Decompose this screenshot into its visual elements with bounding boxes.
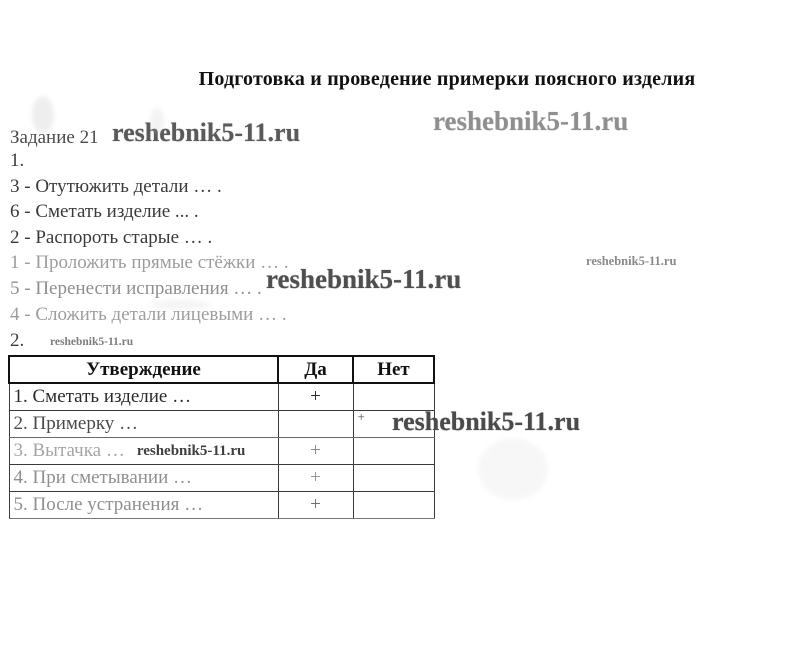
watermark: reshebnik5-11.ru [50, 336, 133, 348]
table-row: 1. Сметать изделие … + [9, 383, 434, 411]
table-row: 3. Вытачка …reshebnik5-11.ru + [9, 438, 434, 465]
statement-cell: 3. Вытачка …reshebnik5-11.ru [9, 438, 278, 465]
page-title: Подготовка и проведение примерки поясног… [90, 68, 804, 91]
column-header-net: Нет [353, 356, 434, 383]
da-cell: + [278, 492, 353, 519]
table-row: 2. Примерку … + [9, 411, 434, 438]
task-item: 2 - Распороть старые … . [10, 227, 212, 249]
column-header-statement: Утверждение [9, 356, 278, 383]
scan-artifact [150, 108, 164, 134]
watermark: reshebnik5-11.ru [586, 254, 676, 269]
task-item: 4 - Сложить детали лицевыми … . [10, 304, 287, 326]
table-row: 5. После устранения … + [9, 492, 434, 519]
column-header-da: Да [278, 356, 353, 383]
da-cell: + [278, 465, 353, 492]
statement-cell: 2. Примерку … [9, 411, 278, 438]
task-item: 1 - Проложить прямые стёжки … . [10, 252, 289, 274]
task-part1-label: 1. [10, 150, 24, 172]
da-cell [278, 411, 353, 438]
task-item: 5 - Перенести исправления … . [10, 278, 262, 300]
table-header-row: Утверждение Да Нет [9, 356, 434, 383]
statement-cell: 1. Сметать изделие … [9, 383, 278, 411]
watermark: reshebnik5-11.ru [112, 118, 300, 148]
task-item: 6 - Сметать изделие ... . [10, 201, 199, 223]
task-heading: Задание 21 [10, 127, 99, 149]
table-row: 4. При сметывании … + [9, 465, 434, 492]
task-item: 3 - Отутюжить детали … . [10, 176, 222, 198]
scan-artifact [478, 438, 548, 500]
answer-table: Утверждение Да Нет 1. Сметать изделие … … [8, 355, 435, 519]
watermark: reshebnik5-11.ru [266, 264, 461, 295]
watermark: reshebnik5-11.ru [137, 443, 246, 459]
statement-cell: 5. После устранения … [9, 492, 278, 519]
net-cell [353, 438, 434, 465]
da-cell: + [278, 438, 353, 465]
scanned-worksheet-page: Подготовка и проведение примерки поясног… [0, 0, 804, 645]
statement-cell: 4. При сметывании … [9, 465, 278, 492]
scan-artifact [150, 300, 210, 310]
watermark: reshebnik5-11.ru [392, 407, 580, 437]
watermark: reshebnik5-11.ru [433, 106, 628, 137]
net-cell [353, 492, 434, 519]
net-cell [353, 465, 434, 492]
da-cell: + [278, 383, 353, 411]
task-part2-label: 2. [10, 330, 24, 352]
statement-text: 3. Вытачка … [14, 440, 125, 461]
scan-artifact [32, 96, 54, 134]
